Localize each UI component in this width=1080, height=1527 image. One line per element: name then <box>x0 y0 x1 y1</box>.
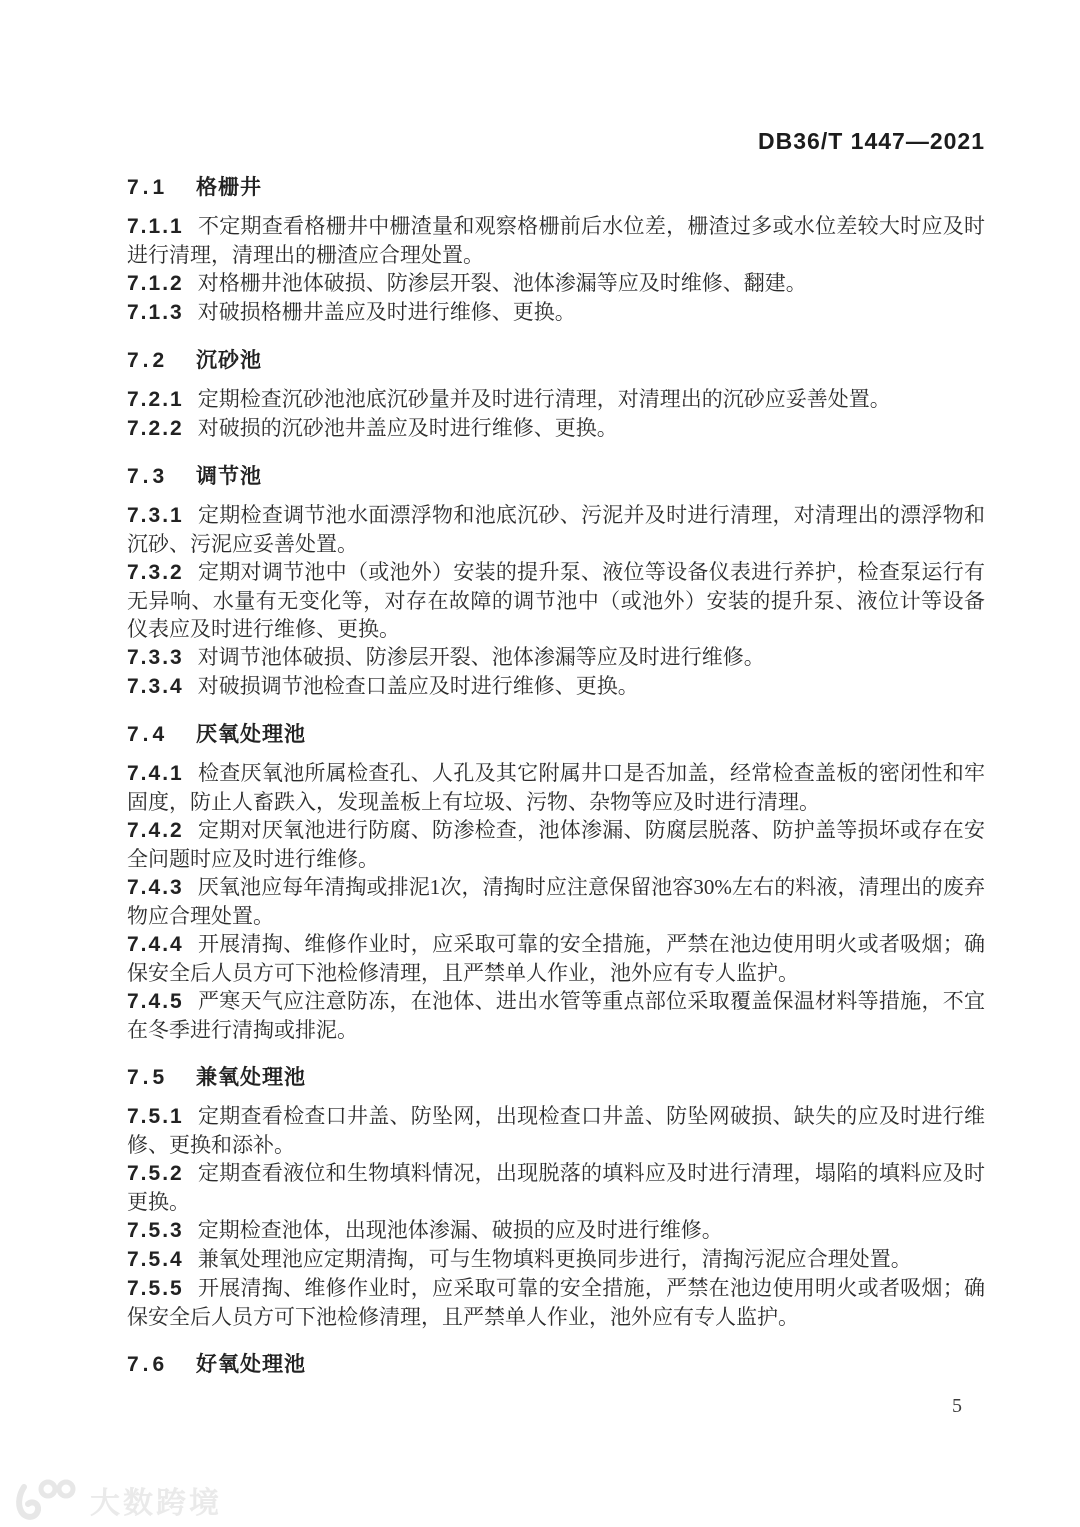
clause: 7.4.1检查厌氧池所属检查孔、人孔及其它附属井口是否加盖，经常检查盖板的密闭性… <box>127 759 985 816</box>
clause-number: 7.5.3 <box>127 1219 198 1242</box>
section-heading: 7.2 沉砂池 <box>127 347 985 375</box>
clause-text: 严寒天气应注意防冻，在池体、进出水管等重点部位采取覆盖保温材料等措施，不宜在冬季… <box>127 989 985 1042</box>
clause-text: 定期检查池体，出现池体渗漏、破损的应及时进行维修。 <box>198 1218 723 1242</box>
clause-text: 定期对厌氧池进行防腐、防渗检查，池体渗漏、防腐层脱落、防护盖等损坏或存在安全问题… <box>127 818 985 871</box>
clause-text: 对破损的沉砂池井盖应及时进行维修、更换。 <box>198 416 618 440</box>
clause-text: 检查厌氧池所属检查孔、人孔及其它附属井口是否加盖，经常检查盖板的密闭性和牢固度，… <box>127 761 985 814</box>
section-regulating-tank: 7.3 调节池 7.3.1定期检查调节池水面漂浮物和池底沉砂、污泥并及时进行清理… <box>127 463 985 701</box>
section-number: 7.5 <box>127 1066 168 1089</box>
page-content: DB36/T 1447—2021 7.1 格栅井 7.1.1不定期查看格栅井中栅… <box>127 128 985 1389</box>
clause-text: 厌氧池应每年清掏或排泥1次，清掏时应注意保留池容30%左右的料液，清理出的废弃物… <box>127 875 985 928</box>
section-facultative-tank: 7.5 兼氧处理池 7.5.1定期查看检查口井盖、防坠网，出现检查口井盖、防坠网… <box>127 1064 985 1331</box>
clause: 7.2.1定期检查沉砂池池底沉砂量并及时进行清理，对清理出的沉砂应妥善处置。 <box>127 385 985 414</box>
clause-number: 7.3.1 <box>127 504 198 527</box>
section-title: 好氧处理池 <box>196 1353 306 1376</box>
clause-number: 7.2.1 <box>127 388 198 411</box>
section-grid-well: 7.1 格栅井 7.1.1不定期查看格栅井中栅渣量和观察格栅前后水位差，栅渣过多… <box>127 174 985 327</box>
section-title: 调节池 <box>196 465 262 488</box>
clause-number: 7.4.5 <box>127 990 198 1013</box>
section-heading: 7.1 格栅井 <box>127 174 985 202</box>
clause: 7.1.1不定期查看格栅井中栅渣量和观察格栅前后水位差，栅渣过多或水位差较大时应… <box>127 212 985 269</box>
document-page: DB36/T 1447—2021 7.1 格栅井 7.1.1不定期查看格栅井中栅… <box>0 0 1080 1527</box>
doc-code-header: DB36/T 1447—2021 <box>127 128 985 154</box>
clause-number: 7.4.3 <box>127 876 198 899</box>
clause-number: 7.4.4 <box>127 933 198 956</box>
section-number: 7.2 <box>127 349 168 372</box>
clause-text: 对破损调节池检查口盖应及时进行维修、更换。 <box>198 674 639 698</box>
section-number: 7.1 <box>127 176 168 199</box>
clause-number: 7.3.4 <box>127 675 198 698</box>
clause-number: 7.4.1 <box>127 762 198 785</box>
clause: 7.5.1定期查看检查口井盖、防坠网，出现检查口井盖、防坠网破损、缺失的应及时进… <box>127 1102 985 1159</box>
section-title: 兼氧处理池 <box>196 1066 306 1089</box>
clause-text: 定期检查调节池水面漂浮物和池底沉砂、污泥并及时进行清理，对清理出的漂浮物和沉砂、… <box>127 503 985 556</box>
clause-text: 定期查看检查口井盖、防坠网，出现检查口井盖、防坠网破损、缺失的应及时进行维修、更… <box>127 1104 985 1157</box>
clause-number: 7.3.2 <box>127 561 198 584</box>
clause-number: 7.4.2 <box>127 819 198 842</box>
watermark: 大数跨境 <box>14 1478 222 1522</box>
clause: 7.2.2对破损的沉砂池井盖应及时进行维修、更换。 <box>127 414 985 443</box>
section-title: 厌氧处理池 <box>196 723 306 746</box>
clause: 7.4.2定期对厌氧池进行防腐、防渗检查，池体渗漏、防腐层脱落、防护盖等损坏或存… <box>127 816 985 873</box>
section-number: 7.4 <box>127 723 168 746</box>
section-title: 格栅井 <box>196 176 262 199</box>
clause-number: 7.1.3 <box>127 301 198 324</box>
clause-text: 定期检查沉砂池池底沉砂量并及时进行清理，对清理出的沉砂应妥善处置。 <box>198 387 891 411</box>
clause-number: 7.1.2 <box>127 272 198 295</box>
clause: 7.4.3厌氧池应每年清掏或排泥1次，清掏时应注意保留池容30%左右的料液，清理… <box>127 873 985 930</box>
clause-text: 定期查看液位和生物填料情况，出现脱落的填料应及时进行清理，塌陷的填料应及时更换。 <box>127 1161 985 1214</box>
clause-number: 7.3.3 <box>127 646 198 669</box>
clause-text: 兼氧处理池应定期清掏，可与生物填料更换同步进行，清掏污泥应合理处置。 <box>198 1247 912 1271</box>
section-heading: 7.4 厌氧处理池 <box>127 721 985 749</box>
clause: 7.1.3对破损格栅井盖应及时进行维修、更换。 <box>127 298 985 327</box>
clause: 7.5.5开展清掏、维修作业时，应采取可靠的安全措施，严禁在池边使用明火或者吸烟… <box>127 1274 985 1331</box>
clause-text: 对调节池体破损、防渗层开裂、池体渗漏等应及时进行维修。 <box>198 645 765 669</box>
brand-logo-icon <box>14 1479 80 1521</box>
clause-number: 7.5.5 <box>127 1277 198 1300</box>
clause-number: 7.5.1 <box>127 1105 198 1128</box>
clause: 7.5.2定期查看液位和生物填料情况，出现脱落的填料应及时进行清理，塌陷的填料应… <box>127 1159 985 1216</box>
clause-text: 定期对调节池中（或池外）安装的提升泵、液位等设备仪表进行养护，检查泵运行有无异响… <box>127 560 985 641</box>
clause: 7.5.4兼氧处理池应定期清掏，可与生物填料更换同步进行，清掏污泥应合理处置。 <box>127 1245 985 1274</box>
clause-number: 7.2.2 <box>127 417 198 440</box>
clause-text: 对格栅井池体破损、防渗层开裂、池体渗漏等应及时维修、翻建。 <box>198 271 807 295</box>
section-heading: 7.5 兼氧处理池 <box>127 1064 985 1092</box>
clause-text: 开展清掏、维修作业时，应采取可靠的安全措施，严禁在池边使用明火或者吸烟；确保安全… <box>127 1276 985 1329</box>
section-number: 7.6 <box>127 1353 168 1376</box>
clause: 7.3.2定期对调节池中（或池外）安装的提升泵、液位等设备仪表进行养护，检查泵运… <box>127 558 985 643</box>
clause: 7.4.5严寒天气应注意防冻，在池体、进出水管等重点部位采取覆盖保温材料等措施，… <box>127 987 985 1044</box>
section-anaerobic-tank: 7.4 厌氧处理池 7.4.1检查厌氧池所属检查孔、人孔及其它附属井口是否加盖，… <box>127 721 985 1044</box>
clause: 7.3.3对调节池体破损、防渗层开裂、池体渗漏等应及时进行维修。 <box>127 643 985 672</box>
section-heading: 7.6 好氧处理池 <box>127 1351 985 1379</box>
clause-text: 不定期查看格栅井中栅渣量和观察格栅前后水位差，栅渣过多或水位差较大时应及时进行清… <box>127 214 985 267</box>
clause: 7.4.4开展清掏、维修作业时，应采取可靠的安全措施，严禁在池边使用明火或者吸烟… <box>127 930 985 987</box>
page-number: 5 <box>952 1395 962 1418</box>
clause-text: 开展清掏、维修作业时，应采取可靠的安全措施，严禁在池边使用明火或者吸烟；确保安全… <box>127 932 985 985</box>
clause-text: 对破损格栅井盖应及时进行维修、更换。 <box>198 300 576 324</box>
clause: 7.3.1定期检查调节池水面漂浮物和池底沉砂、污泥并及时进行清理，对清理出的漂浮… <box>127 501 985 558</box>
clause: 7.5.3定期检查池体，出现池体渗漏、破损的应及时进行维修。 <box>127 1216 985 1245</box>
clause-number: 7.5.4 <box>127 1248 198 1271</box>
watermark-text: 大数跨境 <box>90 1478 222 1522</box>
section-grit-chamber: 7.2 沉砂池 7.2.1定期检查沉砂池池底沉砂量并及时进行清理，对清理出的沉砂… <box>127 347 985 443</box>
clause: 7.3.4对破损调节池检查口盖应及时进行维修、更换。 <box>127 672 985 701</box>
section-heading: 7.3 调节池 <box>127 463 985 491</box>
clause-number: 7.5.2 <box>127 1162 198 1185</box>
clause-number: 7.1.1 <box>127 215 198 238</box>
section-aerobic-tank: 7.6 好氧处理池 <box>127 1351 985 1379</box>
section-title: 沉砂池 <box>196 349 262 372</box>
clause: 7.1.2对格栅井池体破损、防渗层开裂、池体渗漏等应及时维修、翻建。 <box>127 269 985 298</box>
section-number: 7.3 <box>127 465 168 488</box>
